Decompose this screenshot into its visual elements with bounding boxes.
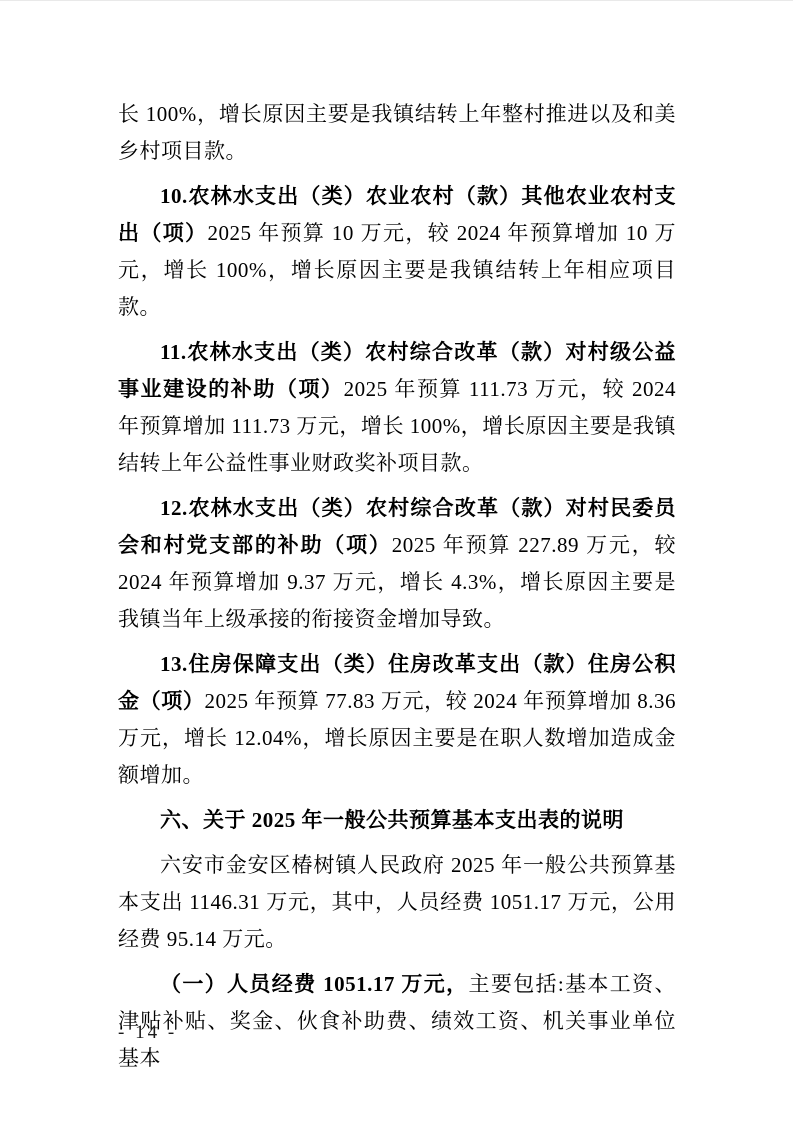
para-item-11: 11.农林水支出（类）农村综合改革（款）对村级公益事业建设的补助（项）2025 …: [118, 334, 676, 482]
para-continuation: 长 100%，增长原因主要是我镇结转上年整村推进以及和美乡村项目款。: [118, 96, 676, 170]
para-body-text: 六安市金安区椿树镇人民政府 2025 年一般公共预算基本支出 1146.31 万…: [118, 853, 676, 951]
document-body: 长 100%，增长原因主要是我镇结转上年整村推进以及和美乡村项目款。 10.农林…: [118, 96, 676, 1085]
para-lead-bold: （一）人员经费 1051.17 万元，: [160, 972, 468, 996]
section-heading-6: 六、关于 2025 年一般公共预算基本支出表的说明: [118, 802, 676, 839]
window-top-edge: [0, 0, 793, 1]
section-heading-text: 六、关于 2025 年一般公共预算基本支出表的说明: [160, 808, 624, 832]
para-personnel-funds: （一）人员经费 1051.17 万元，主要包括:基本工资、津贴补贴、奖金、伙食补…: [118, 966, 676, 1077]
para-item-12: 12.农林水支出（类）农村综合改革（款）对村民委员会和村党支部的补助（项）202…: [118, 490, 676, 638]
para-basic-expenditure-summary: 六安市金安区椿树镇人民政府 2025 年一般公共预算基本支出 1146.31 万…: [118, 847, 676, 958]
page-number: - 14 -: [118, 1022, 177, 1044]
para-item-10: 10.农林水支出（类）农业农村（款）其他农业农村支出（项）2025 年预算 10…: [118, 178, 676, 326]
para-item-13: 13.住房保障支出（类）住房改革支出（款）住房公积金（项）2025 年预算 77…: [118, 646, 676, 794]
para-body-text: 长 100%，增长原因主要是我镇结转上年整村推进以及和美乡村项目款。: [118, 102, 676, 163]
